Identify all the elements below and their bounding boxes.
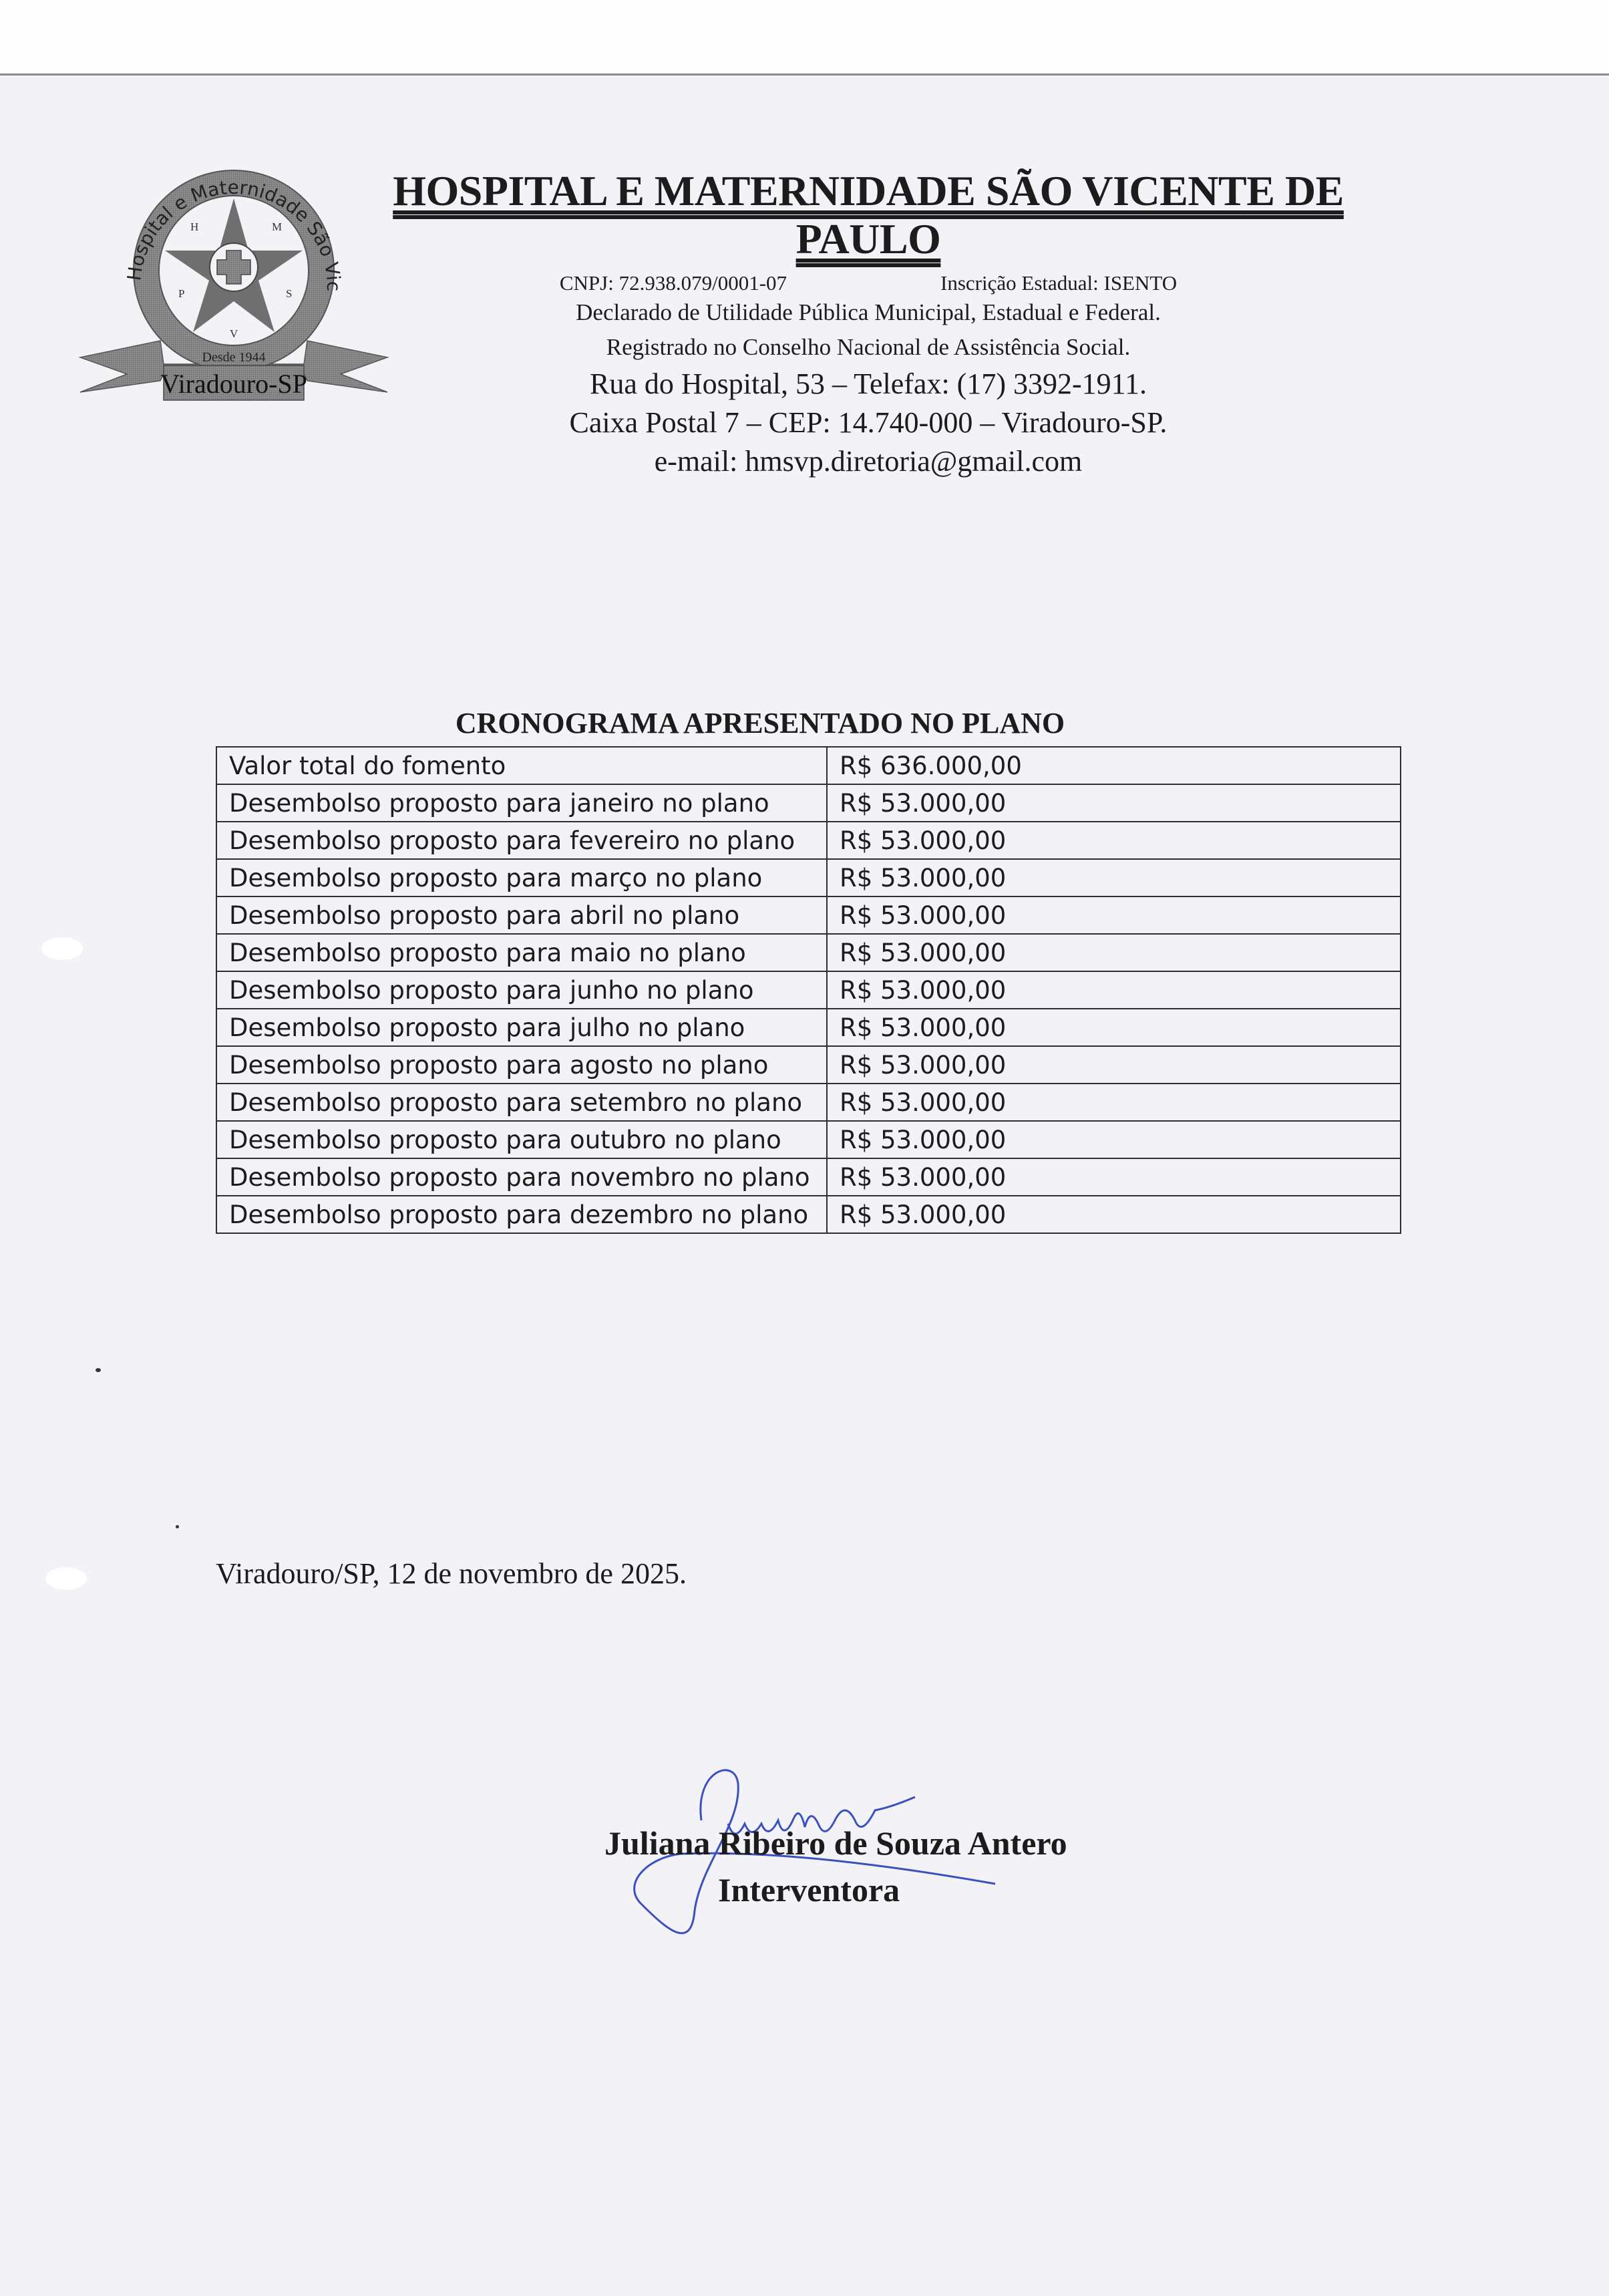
- public-utility-declaration: Declarado de Utilidade Pública Municipal…: [347, 295, 1389, 330]
- row-value: R$ 53.000,00: [827, 859, 1401, 896]
- signer-role: Interventora: [718, 1870, 900, 1909]
- row-label: Desembolso proposto para janeiro no plan…: [216, 784, 827, 822]
- table-row: Desembolso proposto para dezembro no pla…: [216, 1196, 1401, 1233]
- signer-name: Juliana Ribeiro de Souza Antero: [604, 1824, 1067, 1862]
- row-label: Desembolso proposto para junho no plano: [216, 971, 827, 1009]
- row-label: Desembolso proposto para fevereiro no pl…: [216, 822, 827, 859]
- table-row: Desembolso proposto para abril no planoR…: [216, 896, 1401, 934]
- table-row: Desembolso proposto para junho no planoR…: [216, 971, 1401, 1009]
- row-value: R$ 636.000,00: [827, 747, 1401, 784]
- table-row: Desembolso proposto para outubro no plan…: [216, 1121, 1401, 1158]
- row-value: R$ 53.000,00: [827, 1121, 1401, 1158]
- row-label: Valor total do fomento: [216, 747, 827, 784]
- row-value: R$ 53.000,00: [827, 1009, 1401, 1046]
- row-label: Desembolso proposto para outubro no plan…: [216, 1121, 827, 1158]
- punch-hole: [45, 1567, 87, 1590]
- table-row: Desembolso proposto para novembro no pla…: [216, 1158, 1401, 1196]
- cnas-registration: Registrado no Conselho Nacional de Assis…: [347, 330, 1389, 365]
- row-value: R$ 53.000,00: [827, 934, 1401, 971]
- row-value: R$ 53.000,00: [827, 822, 1401, 859]
- scan-speck: [176, 1525, 179, 1528]
- row-value: R$ 53.000,00: [827, 896, 1401, 934]
- table-row: Valor total do fomentoR$ 636.000,00: [216, 747, 1401, 784]
- table-row: Desembolso proposto para janeiro no plan…: [216, 784, 1401, 822]
- table-row: Desembolso proposto para março no planoR…: [216, 859, 1401, 896]
- postal-address: Caixa Postal 7 – CEP: 14.740-000 – Virad…: [347, 403, 1389, 442]
- table-row: Desembolso proposto para julho no planoR…: [216, 1009, 1401, 1046]
- row-label: Desembolso proposto para novembro no pla…: [216, 1158, 827, 1196]
- table-row: Desembolso proposto para agosto no plano…: [216, 1046, 1401, 1084]
- state-registration: Inscrição Estadual: ISENTO: [940, 271, 1177, 295]
- place-and-date: Viradouro/SP, 12 de novembro de 2025.: [216, 1556, 687, 1591]
- row-label: Desembolso proposto para dezembro no pla…: [216, 1196, 827, 1233]
- email-line: e-mail: hmsvp.diretoria@gmail.com: [347, 442, 1389, 481]
- schedule-title: CRONOGRAMA APRESENTADO NO PLANO: [216, 705, 1304, 742]
- row-value: R$ 53.000,00: [827, 1046, 1401, 1084]
- letterhead: HOSPITAL E MATERNIDADE SÃO VICENTE DE PA…: [347, 167, 1389, 481]
- row-value: R$ 53.000,00: [827, 784, 1401, 822]
- row-label: Desembolso proposto para março no plano: [216, 859, 827, 896]
- svg-text:Viradouro-SP: Viradouro-SP: [160, 369, 307, 399]
- scanner-margin: [0, 0, 1609, 73]
- row-value: R$ 53.000,00: [827, 971, 1401, 1009]
- row-label: Desembolso proposto para julho no plano: [216, 1009, 827, 1046]
- email-label: e-mail:: [655, 445, 745, 478]
- cnpj: CNPJ: 72.938.079/0001-07: [560, 271, 787, 295]
- scan-speck: [96, 1368, 101, 1372]
- hospital-logo: H M P S V Hospital e Maternidade São Vic…: [77, 144, 391, 424]
- table-row: Desembolso proposto para setembro no pla…: [216, 1084, 1401, 1121]
- row-label: Desembolso proposto para maio no plano: [216, 934, 827, 971]
- schedule-table: Valor total do fomentoR$ 636.000,00Desem…: [216, 746, 1401, 1234]
- row-label: Desembolso proposto para agosto no plano: [216, 1046, 827, 1084]
- table-row: Desembolso proposto para fevereiro no pl…: [216, 822, 1401, 859]
- email-link[interactable]: hmsvp.diretoria@gmail.com: [745, 445, 1082, 478]
- table-row: Desembolso proposto para maio no planoR$…: [216, 934, 1401, 971]
- institution-name: HOSPITAL E MATERNIDADE SÃO VICENTE DE PA…: [347, 167, 1389, 263]
- row-label: Desembolso proposto para abril no plano: [216, 896, 827, 934]
- svg-text:Desde 1944: Desde 1944: [202, 350, 266, 365]
- address: Rua do Hospital, 53 – Telefax: (17) 3392…: [347, 365, 1389, 403]
- row-value: R$ 53.000,00: [827, 1158, 1401, 1196]
- row-value: R$ 53.000,00: [827, 1084, 1401, 1121]
- row-value: R$ 53.000,00: [827, 1196, 1401, 1233]
- row-label: Desembolso proposto para setembro no pla…: [216, 1084, 827, 1121]
- punch-hole: [41, 937, 83, 960]
